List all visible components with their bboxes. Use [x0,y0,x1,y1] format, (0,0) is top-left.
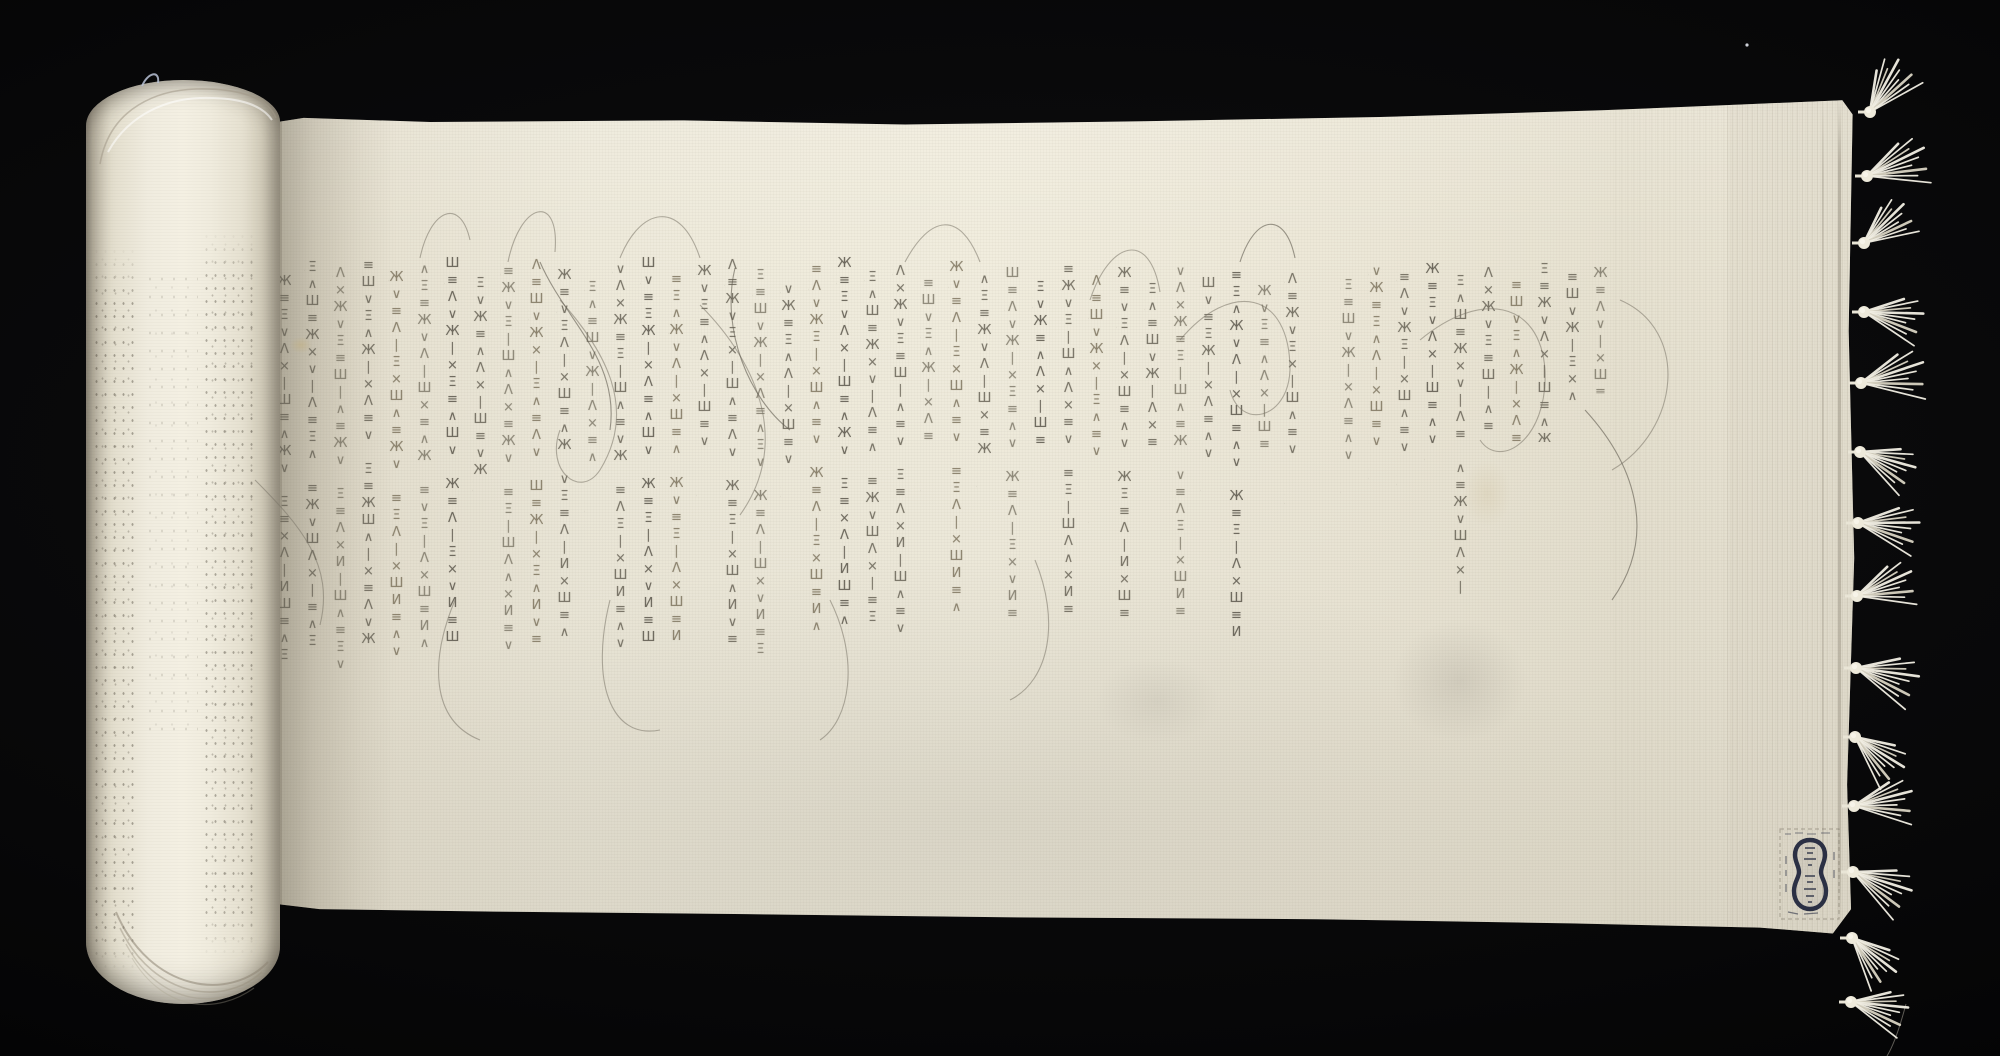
tassel-knot [1858,306,1870,318]
text-column: ∨Ж≡Ξ∧Λ∣×Ш≡∨ Ж≡Ξ∣∧Λ×И≡ Ш∨Ж≡∣ [1368,264,1383,604]
tassel [1839,992,1908,1038]
photograph-stage: Photograph of an unrolled handscroll of … [0,0,2000,1056]
text-column: Ж≡Λ∨∣×Ш≡∧ [1592,266,1607,394]
text-column: ≡Λ∨ЖΞ∣×Ш∧≡∨ Ж≡Λ∣Ξ×Ш≡И∧ ∨Ж≡Ξ∣∧× [808,262,823,658]
text-column: ≡Ξ∧Ж∨Λ∣×Ш≡∧∨ Ж≡Ξ∣Λ×Ш≡И ∧∨≡ЖΞ∣× [1228,268,1243,676]
tassel [1852,299,1923,346]
tassel-knot [1848,800,1860,812]
hanging-thread [1887,1004,1906,1056]
tassel [1849,352,1925,400]
text-column: Ж≡Ξ∨Λ×∣Ш≡∧∨ Ξ≡×Λ∣ИШ≡ ∧ΞЖ∨≡ [1424,262,1439,586]
text-column: Λ≡Ш∨Ж×∣Ξ∧≡Λ∨ Ш≡Ж∣×Ξ∧И∨≡ ΛШ≡Ж∨∣×≡∧ [528,258,543,736]
text-column: ≡Ж∨Ξ∣Ш∧Λ×≡Ж∨ ≡Ξ∣ШΛ∧×И≡∨ ЖΞ≡∧∨∣Ш≡ [500,264,515,704]
text-column: ≡Ш∨Ξ∧Ж∣×Λ≡∨ Ξ≡ЖШ∧∣×≡Λ∨Ж ≡Ξ∧∣Ш×≡ [360,258,375,678]
text-column: ≡Λ∨ЖΞ∣×Ш∧≡∨ Ж≡Λ∣Ξ×Ш≡И ∧∨Ж≡Ξ∣ [1396,270,1411,622]
text-column: ∧Ξ≡Ж∨Λ∣Ш×≡Ж ≡∨Ξ∣Λ×Ш≡И ∧∨Ж≡Ξ∣ [976,272,991,624]
text-column: ≡Ξ∧Ж∨Λ∣×Ш≡∧ Ж∨≡Ξ∣Λ×Ш≡И ∧∨≡Ж∣Ξ× [668,272,683,672]
tassel-knot [1850,662,1862,674]
text-column: ≡Ш∨Ξ∧Ж∣×Λ≡ ∨Ξ≡ЖШ∧∣ ×≡Λ [1508,278,1523,550]
text-column: Ξ≡Ш∨Ж∣×Λ≡∧Ξ∨ Ж≡Λ∣Ш×∨И≡Ξ ∧Ж∨≡Λ∣×≡Ш [752,268,767,728]
text-column: Ж≡∨ΞΛ∣×Ш≡∧Ж ∨Ξ≡Λ∣И×Ш≡∧ Ξ∨Ж≡Λ∣× [556,268,571,684]
tassel-knot [1864,106,1876,118]
selvage-seam-line [1838,96,1841,936]
text-column: ≡Ж∨Ξ∣Ш∧Λ×≡∨ ≡Ξ∣ШΛ∧×И≡ ∨ЖΞ≡∧∨∣ [1060,262,1075,630]
text-column: ∧Ξ≡Ж∨Λ∣Ш×≡∧Ж ≡∨Ξ∣Λ×Ш≡И∧ ∨Ж≡Ξ∣∧× [416,262,431,666]
scroll-sheet: Ж≡Ξ∨Λ×∣Ш≡∧Ж∨ Ξ≡×Λ∣ИШ≡∧Ξ Ж∨≡Λ×∣≡Ξ∧Ш≡Ж×∨∣Λ… [272,96,1855,936]
tassel [1852,200,1919,249]
text-column: Ж∨Ξ≡∧Λ×∣Ш≡∨ ЖΞ≡∣∧Λ×И≡ Ш∨≡Ж∧∣ [696,264,711,620]
selvage-seam-line [1822,96,1824,936]
tassel-knot [1852,517,1864,529]
text-column: Ж≡Ξ∨Λ×∣Ш≡∧Ж∨ Ξ≡×Λ∣ИШ≡∧ ΞЖ∨≡Λ×∣≡ [836,256,851,696]
tassel-knot [1846,932,1858,944]
tassel [1855,139,1931,183]
text-column: ∨Ж≡Ξ∧Λ∣×Ш≡∨ Ж≡Ξ∣∧Λ×И≡ Ш∨Ж≡∣ [780,282,795,618]
seal-stamp [1778,826,1842,922]
tassel [1848,446,1915,495]
text-column: Ш∨≡ΞЖ∣×Λ≡∧∨ Ж≡Ξ∣Λ×∨И≡ Ш∧Ж∨≡ [1200,276,1215,620]
text-column: Ξ∧Ш≡Ж×∨∣Λ≡∧ ≡Ж∨ШΛ×∣≡Ξ Ж≡∨Λ∣× [864,270,879,642]
tassel [1842,781,1912,825]
text-column: ∨Λ×Ж≡Ξ∣Ш∧≡∨Ж ≡ΛΞ∣×ШИ≡∧∨ ЖΞ≡∨∣Λ×≡ [612,262,627,710]
text-column: ∨Λ×Ж≡Ξ∣Ш∧≡Ж ∨≡ΛΞ∣×ШИ≡ ∧∨ЖΞ≡∨∣ [1172,264,1187,640]
text-column: Ξ∨Ж≡∧Λ×∣Ш≡ ∨ЖΞ≡∣∧Λ×И ≡Ш∨ [1032,280,1047,568]
text-column: Ξ∨Ж≡∧Λ×∣Ш≡∨Ж Ξ≡∣∧Λ×И≡Ш∨ ≡Ж∧Ξ∣Λ≡ [472,276,487,656]
text-column: Ш≡Λ∨Ж∣×Ξ≡∧∨ Ж≡Λ∣Ξ×∨И≡ Ш∧Ж∨≡Λ∣× [1004,266,1019,686]
seal-stamp-graphic [1778,826,1842,922]
tassel [1843,731,1905,789]
text-column: Ξ≡Ж∨Λ×∣Ш≡∧Ж∨ [1536,262,1551,442]
stitch-marks [144,270,198,744]
text-column: Λ×Ж∨Ξ≡Ш∣∧≡∨ Ξ≡Λ×И∣Ш∧≡∨ Ж≡Λ×∣∨ [892,264,907,676]
tassel-knot [1854,446,1866,458]
tassel-knot [1845,996,1857,1008]
stitch-marks [202,230,258,959]
tassel-knot [1855,377,1867,389]
text-column: Ш≡Λ∨Ж∣×Ξ≡∧Ш∨ Ж≡Λ∣Ξ×∨И≡Ш ∧Ж∨≡Λ∣×≡∨ [444,256,459,728]
dust-speck [1745,43,1748,46]
tassel-knot [1861,170,1873,182]
text-column: Ш∨≡ΞЖ∣×Λ≡∧Ш∨ Ж≡Ξ∣Λ×∨И≡Ш ∧Ж∨≡Ξ∣×≡Λ∨ [640,256,655,736]
text-column: Λ≡Ж∨Ξ×∣Ш∧≡Λ∨ Ж≡Ξ∣×Ш∧И∨≡ ΛЖ≡Ш∨∣× [724,258,739,686]
text-column: Ξ∧Ш≡Ж×∨∣Λ≡Ξ∧ ≡Ж∨ШΛ×∣≡∧Ξ Ж≡∨Λ∣×≡ [304,260,319,696]
text-column: Λ≡Ш∨Ж×∣Ξ∧≡∨ Ш≡Ж∣×Ξ∧И∨ ≡ΛШ≡Ж [1088,274,1103,606]
tassel-knot [1858,237,1870,249]
text-column: ≡Ш∨Ж∣Ξ×∧≡Λ [1564,270,1579,406]
text-column: Ж∨≡Λ∣Ξ×Ш∧≡Ж∨ ≡ΞΛ∣×ШИ≡∧∨ ЖΞ≡∧∣Λ×≡ [388,270,403,722]
text-column: Λ≡Ж∨Ξ×∣Ш∧≡∨ ЖΛ≡Ξ∣×Ш∧И ∨≡ΛЖ≡ [1284,272,1299,624]
rolled-end [86,80,280,1004]
selvage-outer-band [1615,96,1727,936]
text-column: Ж∨Ξ≡∧Λ×∣Ш≡ ∨ЖΞ≡∣∧Λ× И≡Ш∨ [1256,284,1271,580]
text-column: Λ×Ж∨Ξ≡Ш∣∧≡ ∨Ξ≡Λ×И∣Ш ∧≡Ξ∨ [1480,266,1495,568]
text-columns: Ж≡Ξ∨Λ×∣Ш≡∧Ж∨ Ξ≡×Λ∣ИШ≡∧Ξ Ж∨≡Λ×∣≡Ξ∧Ш≡Ж×∨∣Λ… [276,256,1607,736]
tassel-knot [1849,731,1861,743]
tassel [1845,563,1917,605]
tassel [1846,508,1919,556]
text-column: Ж≡∨ΞΛ∣×Ш≡∧∨ ЖΞ≡Λ∣И×Ш≡ ∧Ξ∨Ж≡Λ∣ [1116,266,1131,666]
tassel [1841,866,1912,920]
tassel [1844,659,1919,710]
text-column: ≡Ш∨Ξ∧Ж∣×Λ≡ ∨Ξ≡ЖШ∧∣×≡ Λ∨Ж≡ [920,276,935,576]
text-column: Ξ∧≡Ш∨Ж∣Λ×≡ ∧Ж≡∨Ш∣Λ×Ξ ≡И∧∨ [1144,282,1159,594]
text-column: Ξ≡Ш∨Ж∣×Λ≡∧∨ Ж≡Λ∣Ш×∨И ≡Ξ∧Ж∨ [1340,278,1355,598]
text-column: Ξ∧≡Ш∨Ж∣Λ×≡∧ Ж≡∨Ш∣Λ×Ξ≡И ∧∨Ж≡∣Ξ [584,280,599,648]
text-column: Λ×Ж∨Ξ≡Ш∣∧≡Ж∨ Ξ≡Λ×И∣Ш∧≡Ξ∨ Ж≡Λ×∣∨≡ [332,266,347,734]
text-column: Ж∨≡Λ∣Ξ×Ш∧≡∨ ≡ΞΛ∣×ШИ≡∧ ∨ЖΞ≡∧∣Λ [948,260,963,644]
stitch-marks [92,245,136,974]
tassel [1858,59,1923,118]
text-column: Ξ∧Ш≡Ж×∨∣Λ≡ ∧≡Ж∨ШΛ×∣ ≡ΞЖ≡∨ [1452,274,1467,606]
tassel [1840,932,1899,991]
selvage-band [1727,96,1855,936]
